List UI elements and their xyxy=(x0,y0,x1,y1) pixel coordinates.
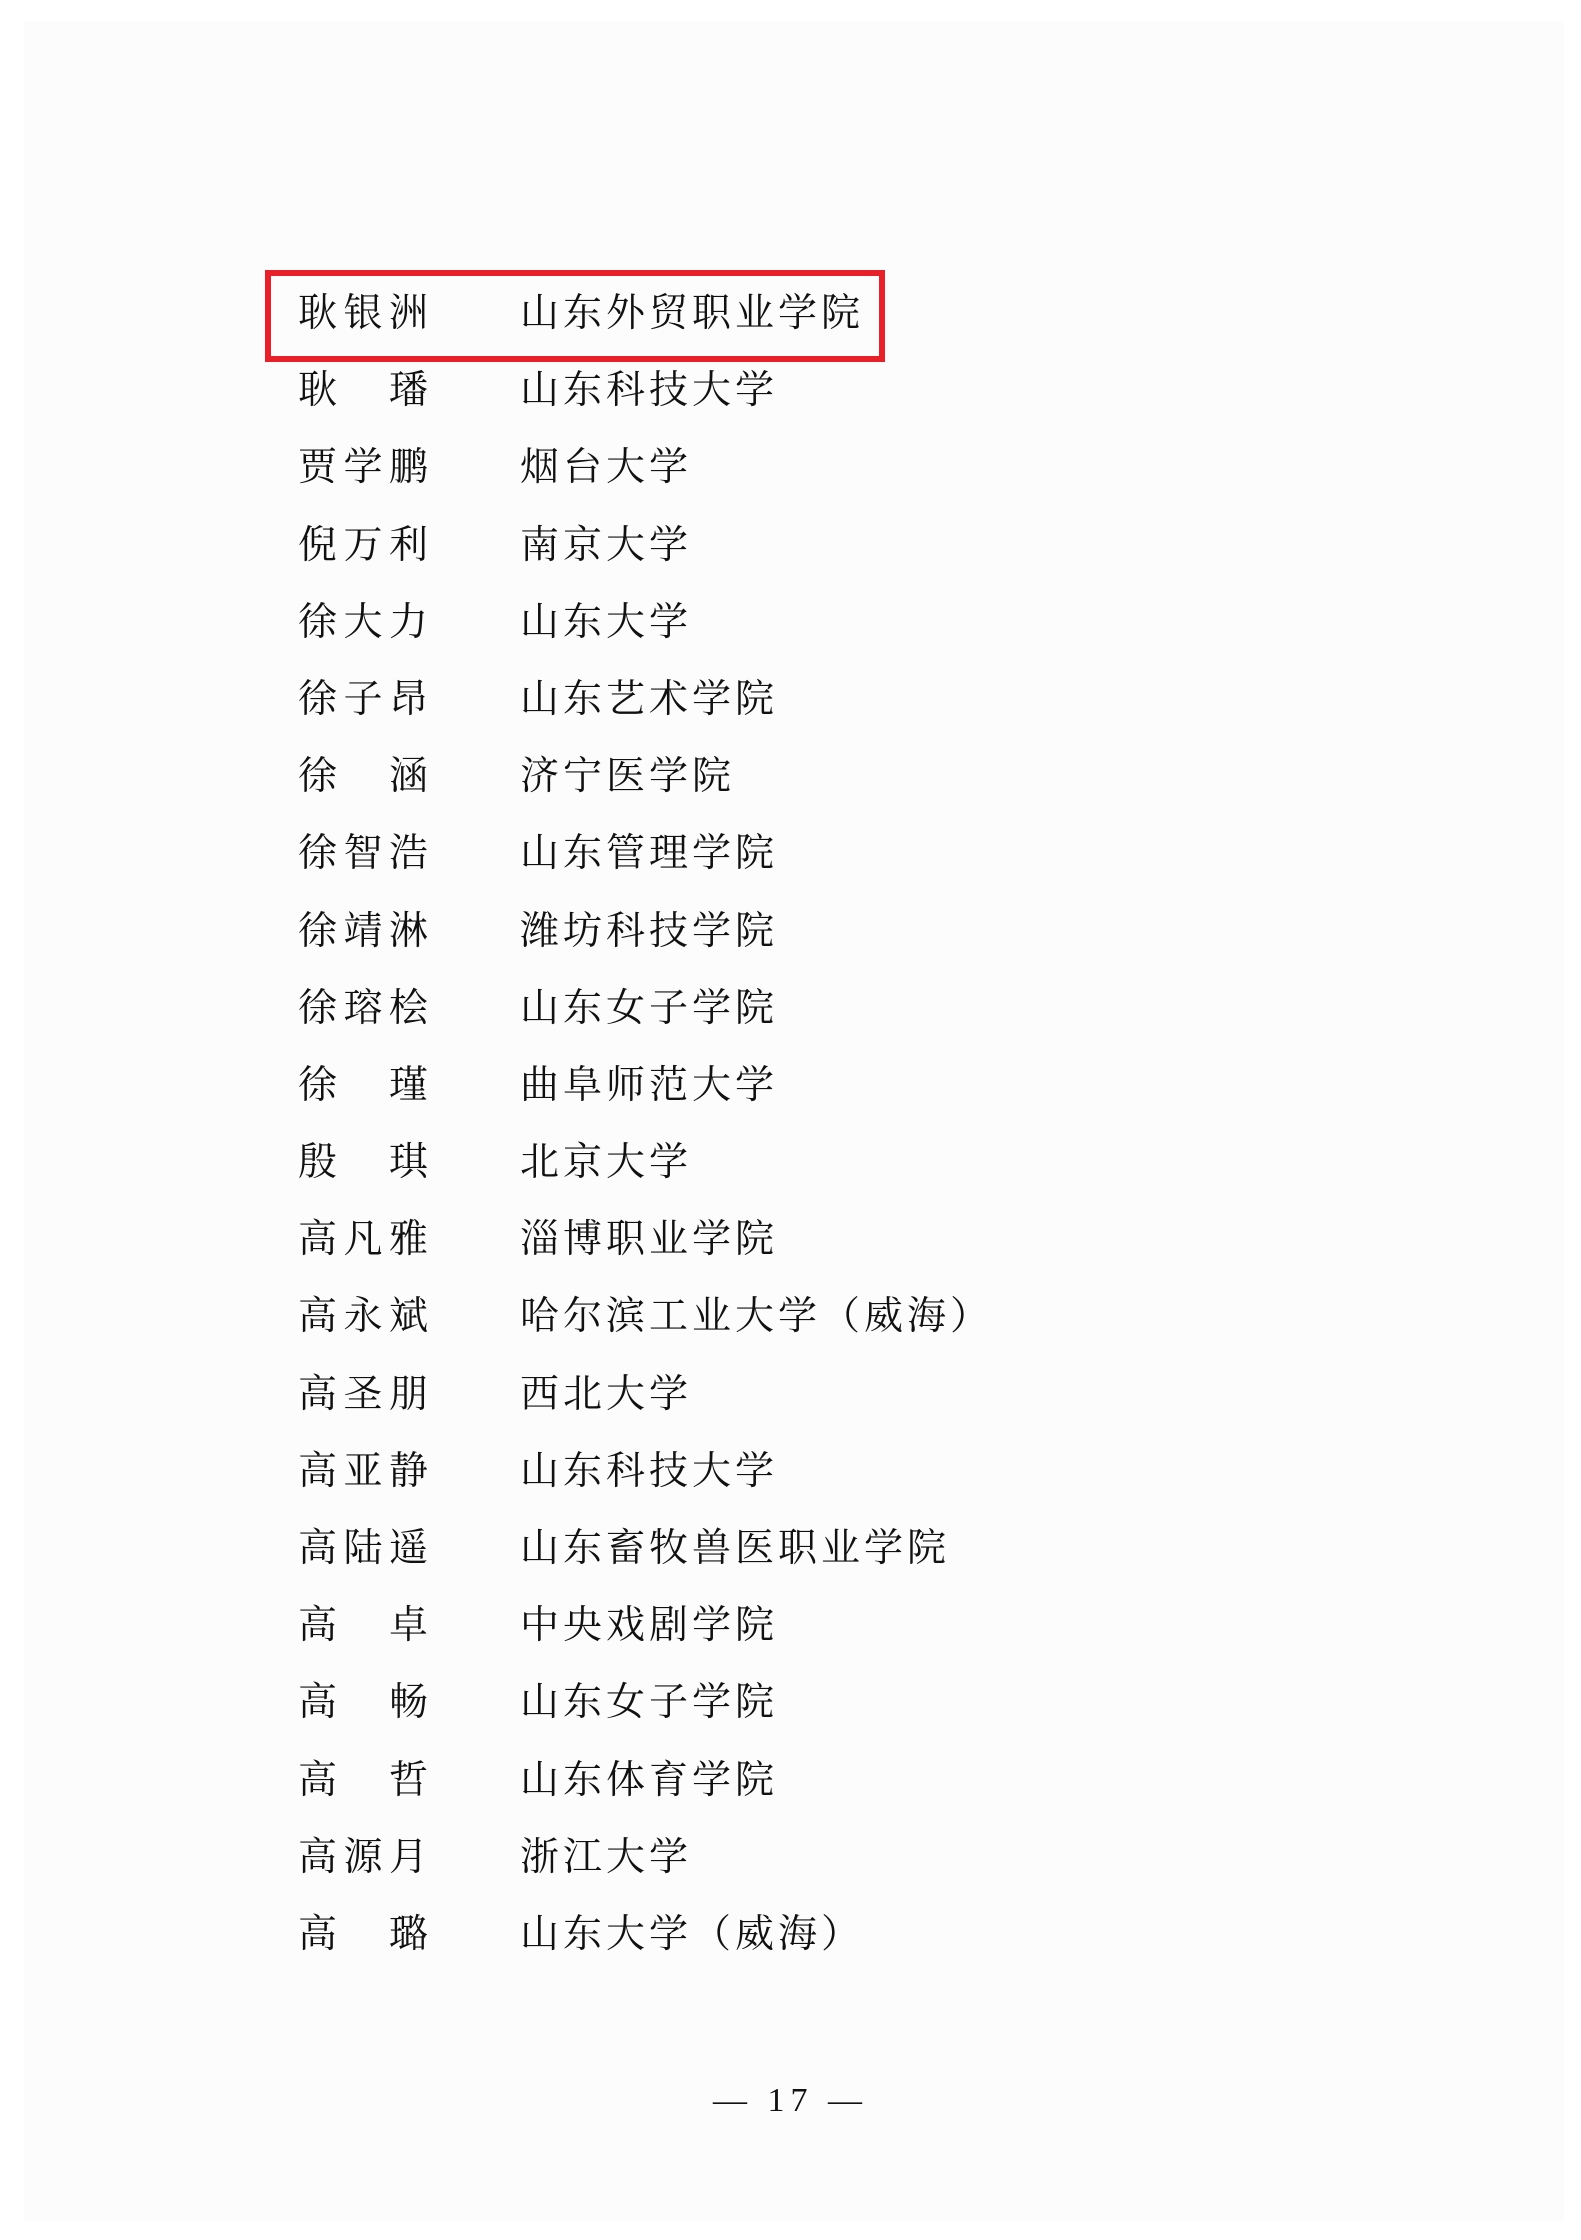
institution-name: 山东女子学院 xyxy=(520,973,778,1045)
page-number: — 17 — xyxy=(0,2082,1581,2120)
institution-name: 山东科技大学 xyxy=(520,355,778,427)
list-item: 贾学鹏烟台大学 xyxy=(0,432,1581,509)
institution-name: 山东科技大学 xyxy=(520,1436,778,1508)
person-name: 高畅 xyxy=(298,1667,428,1739)
institution-name: 曲阜师范大学 xyxy=(520,1050,778,1122)
institution-name: 山东外贸职业学院 xyxy=(520,278,864,350)
institution-name: 山东大学 xyxy=(520,587,692,659)
person-name: 徐大力 xyxy=(298,587,428,659)
list-item: 徐瑾曲阜师范大学 xyxy=(0,1050,1581,1127)
list-item: 高圣朋西北大学 xyxy=(0,1359,1581,1436)
institution-name: 山东管理学院 xyxy=(520,818,778,890)
person-name: 耿璠 xyxy=(298,355,428,427)
list-item: 高源月浙江大学 xyxy=(0,1822,1581,1899)
institution-name: 北京大学 xyxy=(520,1127,692,1199)
person-name: 徐智浩 xyxy=(298,818,428,890)
institution-name: 山东体育学院 xyxy=(520,1745,778,1817)
institution-name: 南京大学 xyxy=(520,510,692,582)
institution-name: 山东畜牧兽医职业学院 xyxy=(520,1513,950,1585)
person-name: 高卓 xyxy=(298,1590,428,1662)
person-name: 徐靖淋 xyxy=(298,896,428,968)
list-item: 高亚静山东科技大学 xyxy=(0,1436,1581,1513)
list-item: 耿璠山东科技大学 xyxy=(0,355,1581,432)
list-item: 徐涵济宁医学院 xyxy=(0,741,1581,818)
person-name: 殷琪 xyxy=(298,1127,428,1199)
list-item: 徐靖淋潍坊科技学院 xyxy=(0,896,1581,973)
person-name: 高哲 xyxy=(298,1745,428,1817)
list-item: 高陆遥山东畜牧兽医职业学院 xyxy=(0,1513,1581,1590)
person-name: 倪万利 xyxy=(298,510,428,582)
person-name: 高璐 xyxy=(298,1899,428,1971)
list-item: 徐智浩山东管理学院 xyxy=(0,818,1581,895)
list-item: 殷琪北京大学 xyxy=(0,1127,1581,1204)
list-item: 高畅山东女子学院 xyxy=(0,1667,1581,1744)
list-item: 耿银洲山东外贸职业学院 xyxy=(0,278,1581,355)
institution-name: 淄博职业学院 xyxy=(520,1204,778,1276)
person-name: 高永斌 xyxy=(298,1281,428,1353)
institution-name: 山东艺术学院 xyxy=(520,664,778,736)
list-item: 徐子昂山东艺术学院 xyxy=(0,664,1581,741)
institution-name: 浙江大学 xyxy=(520,1822,692,1894)
institution-name: 山东大学（威海） xyxy=(520,1899,864,1971)
person-name: 高亚静 xyxy=(298,1436,428,1508)
institution-name: 山东女子学院 xyxy=(520,1667,778,1739)
list-item: 高卓中央戏剧学院 xyxy=(0,1590,1581,1667)
person-name: 贾学鹏 xyxy=(298,432,428,504)
list-item: 高哲山东体育学院 xyxy=(0,1745,1581,1822)
list-item: 徐瑢桧山东女子学院 xyxy=(0,973,1581,1050)
person-name: 耿银洲 xyxy=(298,278,428,350)
person-name: 高源月 xyxy=(298,1822,428,1894)
person-name: 徐涵 xyxy=(298,741,428,813)
list-item: 徐大力山东大学 xyxy=(0,587,1581,664)
list-item: 高凡雅淄博职业学院 xyxy=(0,1204,1581,1281)
institution-name: 中央戏剧学院 xyxy=(520,1590,778,1662)
person-name: 徐瑾 xyxy=(298,1050,428,1122)
person-name: 高凡雅 xyxy=(298,1204,428,1276)
person-name: 徐子昂 xyxy=(298,664,428,736)
institution-name: 烟台大学 xyxy=(520,432,692,504)
list-item: 倪万利南京大学 xyxy=(0,510,1581,587)
institution-name: 西北大学 xyxy=(520,1359,692,1431)
name-list: 耿银洲山东外贸职业学院 耿璠山东科技大学 贾学鹏烟台大学 倪万利南京大学 徐大力… xyxy=(0,278,1581,1976)
institution-name: 济宁医学院 xyxy=(520,741,735,813)
list-item: 高璐山东大学（威海） xyxy=(0,1899,1581,1976)
institution-name: 潍坊科技学院 xyxy=(520,896,778,968)
list-item: 高永斌哈尔滨工业大学（威海） xyxy=(0,1281,1581,1358)
person-name: 徐瑢桧 xyxy=(298,973,428,1045)
person-name: 高陆遥 xyxy=(298,1513,428,1585)
person-name: 高圣朋 xyxy=(298,1359,428,1431)
institution-name: 哈尔滨工业大学（威海） xyxy=(520,1281,993,1353)
